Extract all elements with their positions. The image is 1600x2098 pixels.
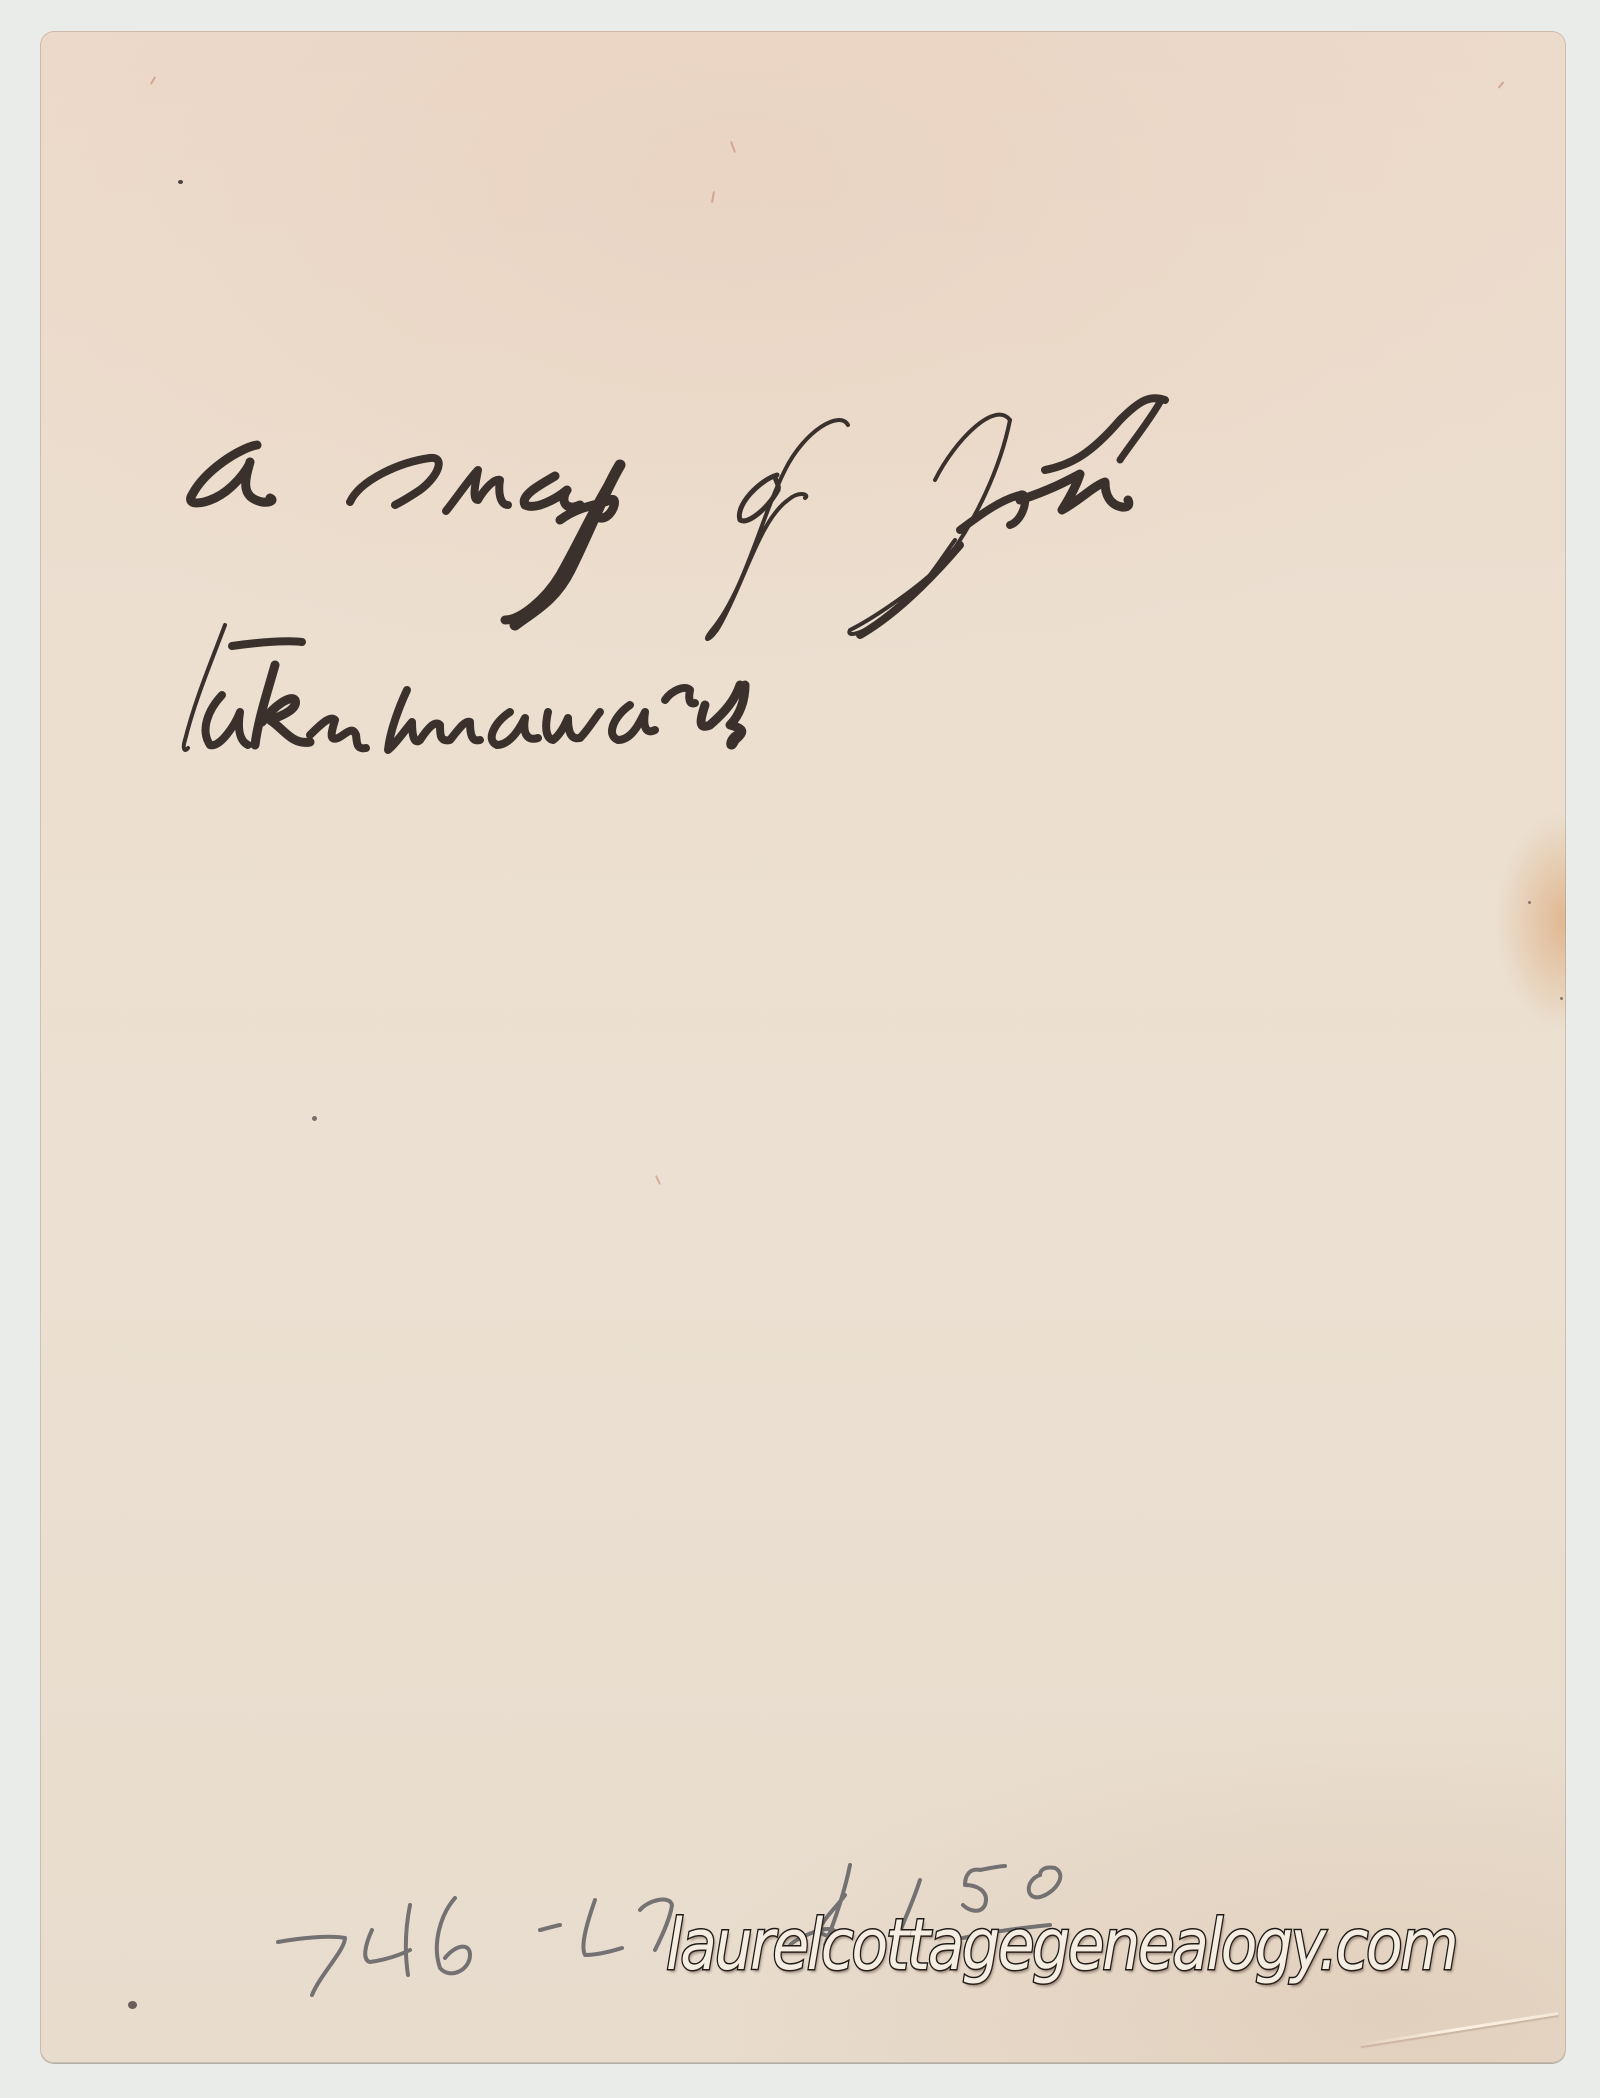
watermark-text: laurelcottagegenealogy.com bbox=[666, 1904, 1456, 1986]
photo-card-back bbox=[40, 31, 1566, 2063]
paper-fiber bbox=[655, 1175, 661, 1185]
paper-crease bbox=[1360, 2012, 1558, 2046]
paper-speck bbox=[178, 180, 183, 184]
paper-fiber bbox=[711, 191, 715, 203]
paper-speck bbox=[1528, 901, 1531, 904]
paper-speck bbox=[312, 1116, 317, 1121]
paper-fiber bbox=[150, 76, 156, 85]
paper-fiber bbox=[1498, 81, 1505, 88]
paper-speck bbox=[1560, 997, 1563, 1000]
paper-fiber bbox=[730, 141, 736, 153]
paper-speck bbox=[128, 2001, 137, 2009]
